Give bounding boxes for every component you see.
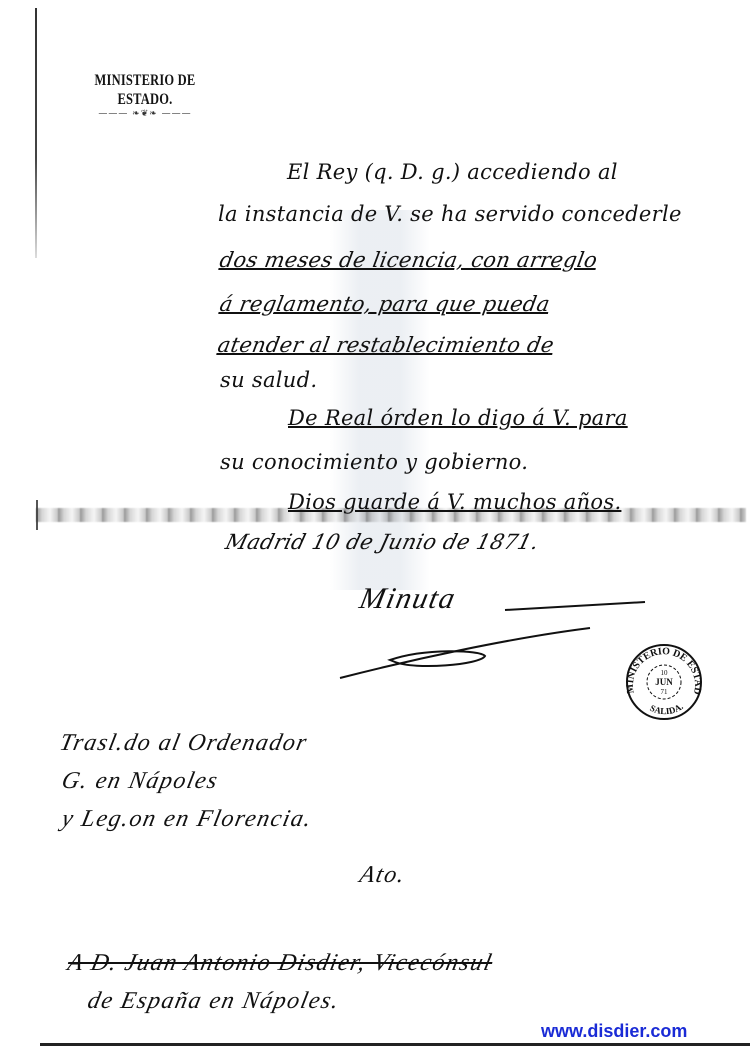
bottom-rule [40,1043,750,1046]
body-line: De Real órden lo digo á V. para [288,406,628,430]
signature-flourish [330,590,650,690]
stamp-year: 71 [661,688,669,696]
svg-text:SALIDA.: SALIDA. [648,701,685,716]
body-line: la instancia de V. se ha servido concede… [218,202,682,226]
ministry-outgoing-stamp: MINISTERIO DE ESTADO. SALIDA. 10 JUN 71 [625,643,703,721]
body-line: á reglamento, para que pueda [218,292,552,316]
watermark-url[interactable]: www.disdier.com [541,1021,687,1042]
stamp-bottom-text: SALIDA. [648,701,685,716]
letterhead-title: MINISTERIO DE ESTADO. [80,71,210,109]
addressee-line: de España en Nápoles. [85,988,342,1015]
stamp-day: 10 [661,669,669,677]
note-line: G. en Nápoles [59,768,221,795]
letterhead: MINISTERIO DE ESTADO. ——— ❧❦❧ ——— [80,75,210,119]
note-line: y Leg.on en Florencia. [59,806,315,833]
left-margin-rule [35,8,37,258]
date-line: Madrid 10 de Junio de 1871. [223,530,542,554]
body-line: su salud. [220,368,317,392]
stamp-month: JUN [655,677,673,687]
body-line: su conocimiento y gobierno. [220,450,528,474]
letterhead-ornament: ——— ❧❦❧ ——— [80,109,210,119]
body-line: atender al restablecimiento de [216,333,556,357]
note-initials: Ato. [357,862,408,889]
addressee-line: A D. Juan Antonio Disdier, Vicecónsul [65,950,495,977]
body-line: El Rey (q. D. g.) accediendo al [287,160,618,184]
body-line: dos meses de licencia, con arreglo [218,248,599,272]
body-line: Dios guarde á V. muchos años. [288,490,621,514]
note-line: Trasl.do al Ordenador [57,730,310,757]
